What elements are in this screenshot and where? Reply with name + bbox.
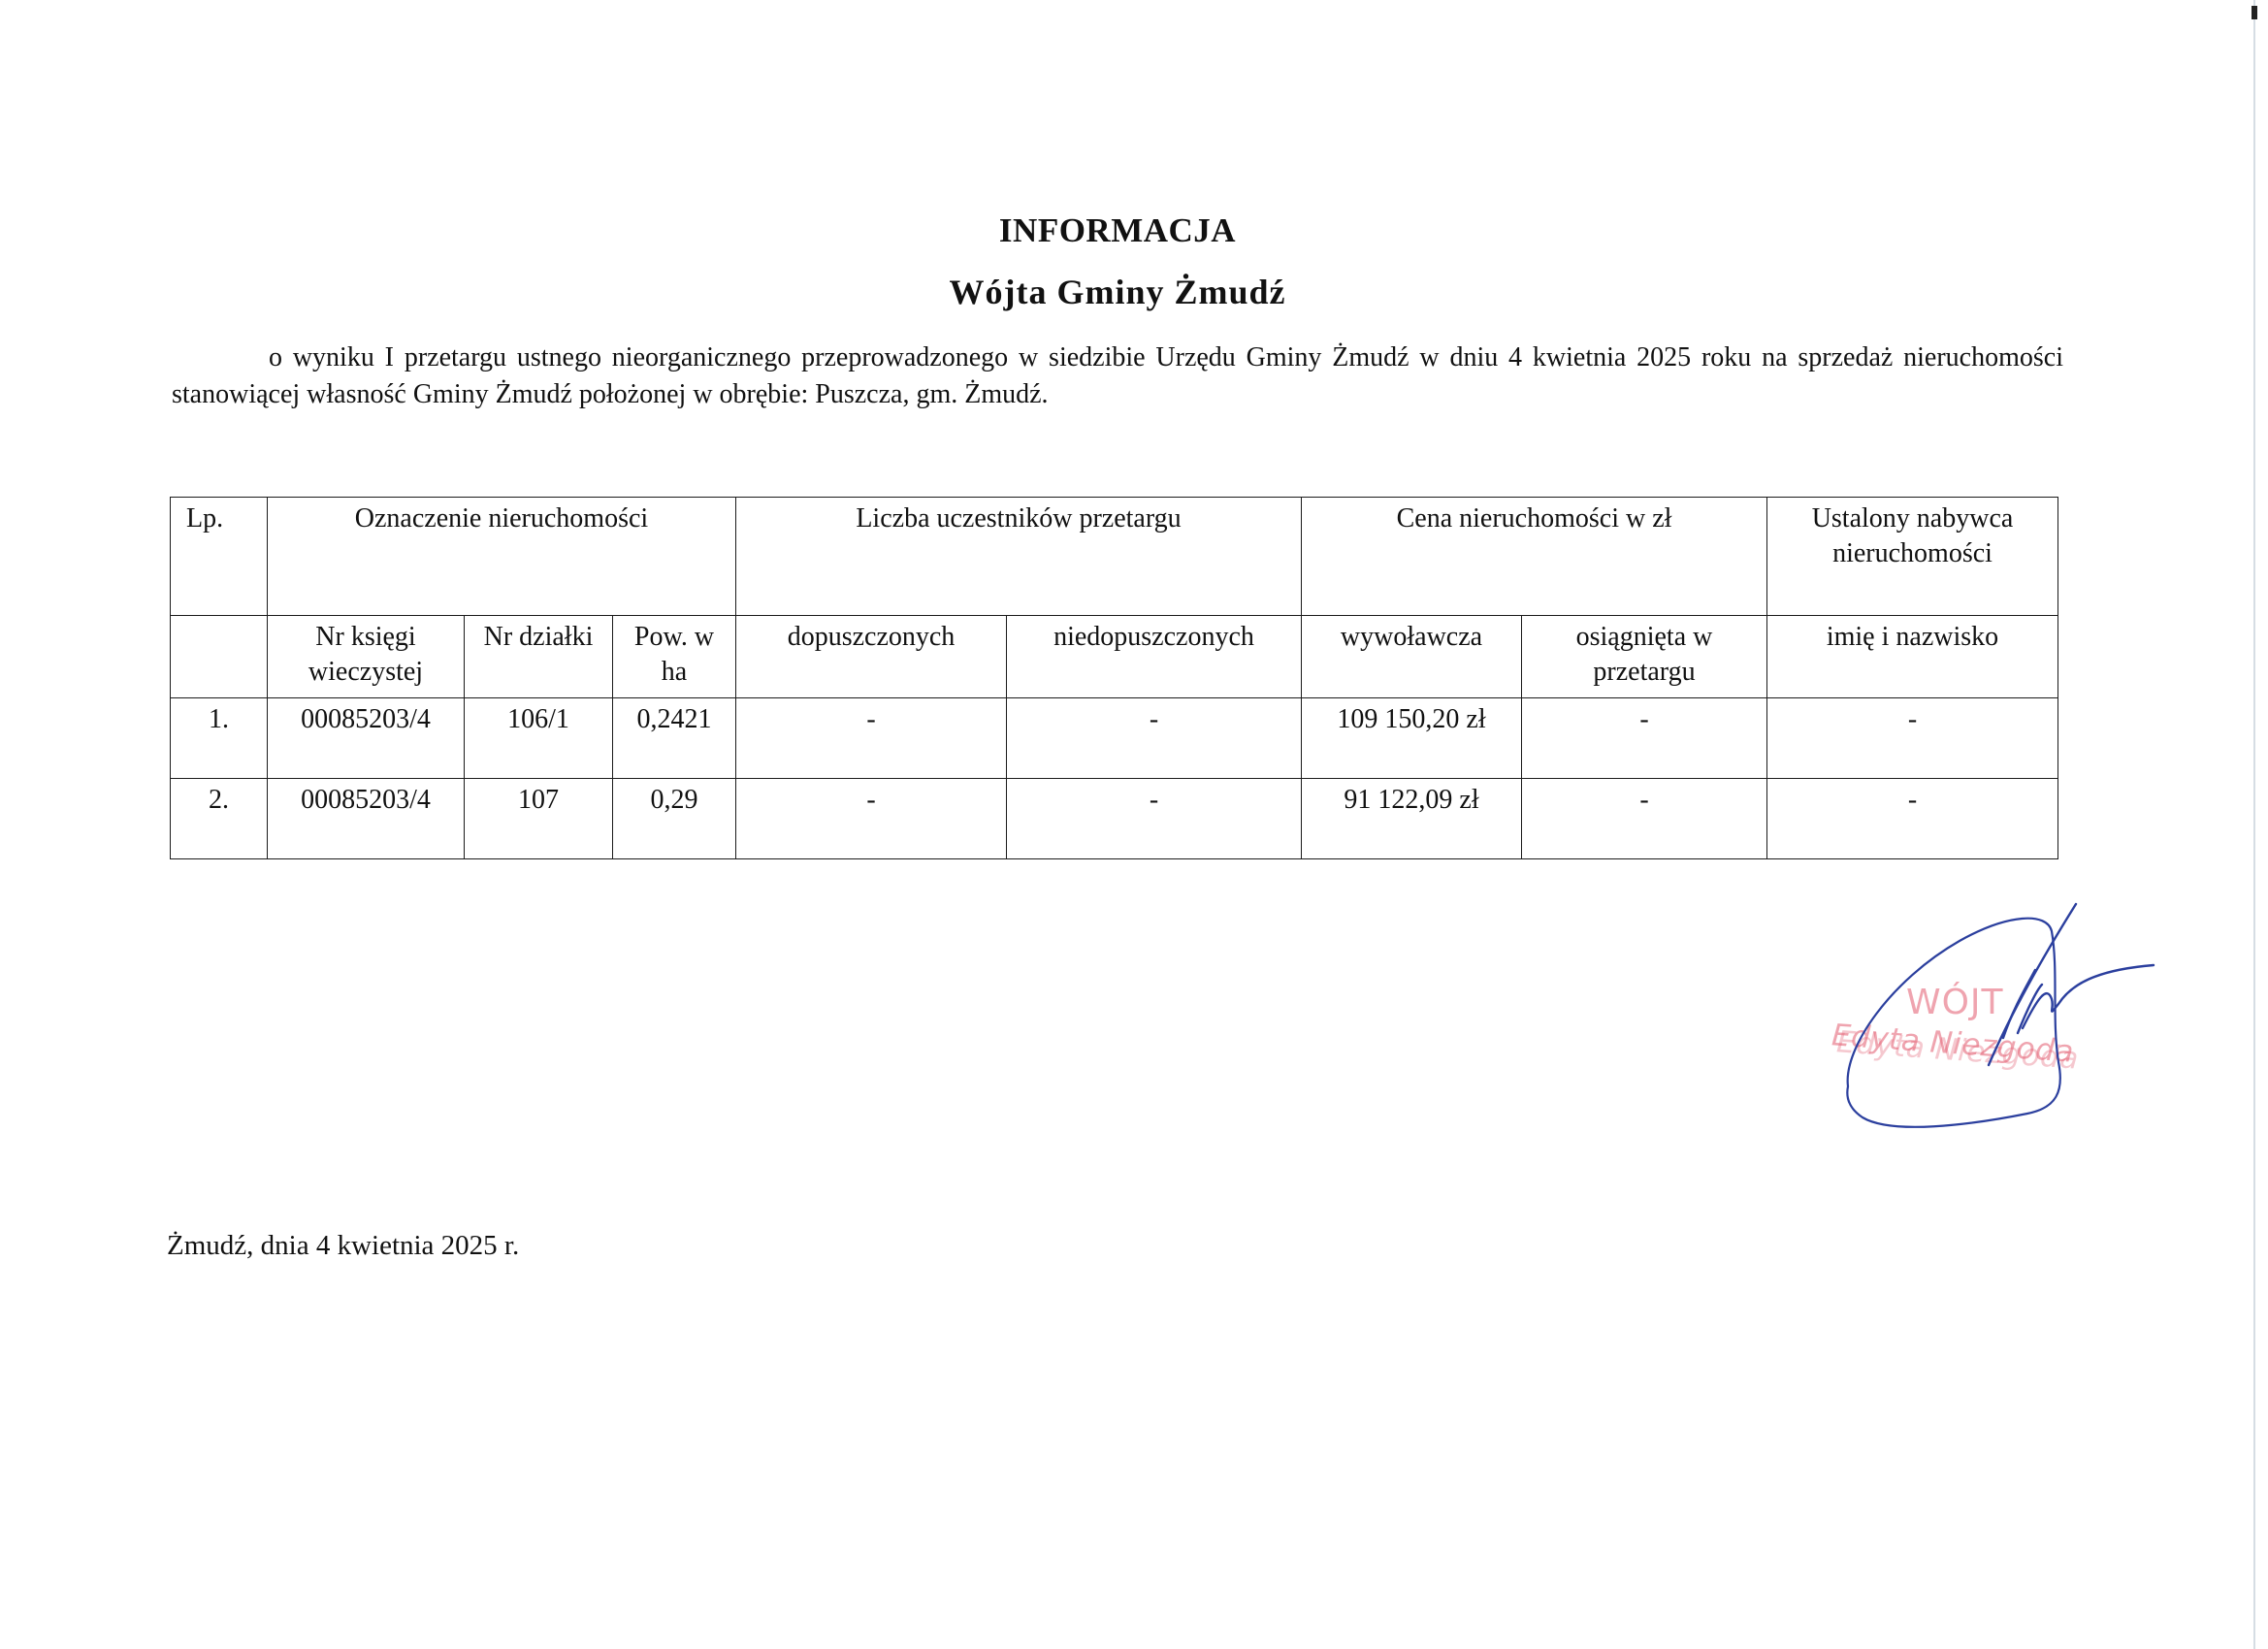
intro-paragraph: o wyniku I przetargu ustnego nieorganicz… (172, 339, 2063, 413)
cell-not-admitted: - (1007, 779, 1302, 859)
header-price: Cena nieruchomości w zł (1302, 498, 1767, 616)
place-and-date: Żmudź, dnia 4 kwietnia 2025 r. (167, 1230, 519, 1262)
scan-edge-mark (2252, 6, 2257, 19)
cell-lp: 1. (171, 698, 268, 779)
cell-land-register: 00085203/4 (268, 698, 465, 779)
auction-result-table: Lp. Oznaczenie nieruchomości Liczba ucze… (170, 497, 2058, 859)
stamp-and-signature: WÓJT Edyta Niezgoda Edyta Niezgoda (1804, 892, 2192, 1145)
sub-header-buyer-name: imię i nazwisko (1767, 616, 2058, 698)
sub-header-achieved-price: osiągnięta w przetargu (1522, 616, 1767, 698)
cell-admitted: - (736, 779, 1007, 859)
header-buyer: Ustalony nabywca nieruchomości (1767, 498, 2058, 616)
header-participants: Liczba uczestników przetargu (736, 498, 1302, 616)
sub-header-admitted: dopuszczonych (736, 616, 1007, 698)
table-row: 2. 00085203/4 107 0,29 - - 91 122,09 zł … (171, 779, 2058, 859)
sub-header-area: Pow. w ha (613, 616, 736, 698)
document-title: INFORMACJA (0, 211, 2235, 250)
cell-land-register: 00085203/4 (268, 779, 465, 859)
header-designation: Oznaczenie nieruchomości (268, 498, 736, 616)
header-group-row: Lp. Oznaczenie nieruchomości Liczba ucze… (171, 498, 2058, 616)
cell-area: 0,2421 (613, 698, 736, 779)
header-lp: Lp. (171, 498, 268, 616)
sub-header-starting-price: wywoławcza (1302, 616, 1522, 698)
cell-plot-number: 106/1 (465, 698, 613, 779)
cell-starting-price: 91 122,09 zł (1302, 779, 1522, 859)
cell-buyer-name: - (1767, 779, 2058, 859)
page-edge-line (2253, 0, 2255, 1649)
cell-buyer-name: - (1767, 698, 2058, 779)
cell-admitted: - (736, 698, 1007, 779)
cell-not-admitted: - (1007, 698, 1302, 779)
cell-lp: 2. (171, 779, 268, 859)
cell-achieved-price: - (1522, 779, 1767, 859)
sub-header-row: Nr księgi wieczystej Nr działki Pow. w h… (171, 616, 2058, 698)
sub-header-plot-number: Nr działki (465, 616, 613, 698)
signature-icon (1804, 892, 2192, 1145)
cell-achieved-price: - (1522, 698, 1767, 779)
sub-header-not-admitted: niedopuszczonych (1007, 616, 1302, 698)
cell-area: 0,29 (613, 779, 736, 859)
document-subtitle: Wójta Gminy Żmudź (0, 272, 2235, 312)
table-row: 1. 00085203/4 106/1 0,2421 - - 109 150,2… (171, 698, 2058, 779)
cell-starting-price: 109 150,20 zł (1302, 698, 1522, 779)
sub-header-land-register: Nr księgi wieczystej (268, 616, 465, 698)
cell-plot-number: 107 (465, 779, 613, 859)
sub-header-empty (171, 616, 268, 698)
